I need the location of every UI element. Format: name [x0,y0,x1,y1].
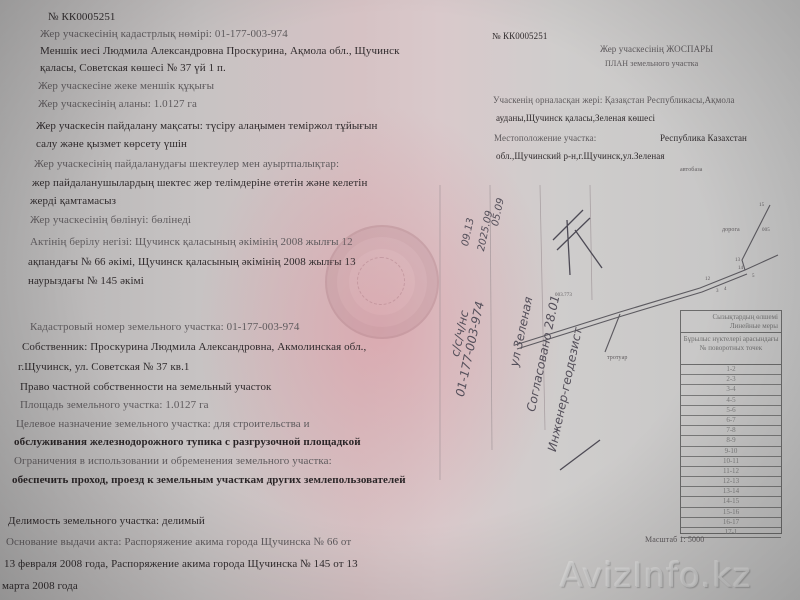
map-point-5: 5 [752,274,755,279]
map-point-14: 14 [738,266,743,271]
map-point-13: 13 [735,258,740,263]
table-row: 10-11 [681,457,781,467]
table-rows: 1-22-33-44-55-66-77-88-99-1010-1111-1212… [681,365,781,538]
table-row: 12-13 [681,477,781,487]
table-row: 1-2 [681,365,781,375]
table-row: 15-16 [681,508,781,518]
table-row: 11-12 [681,467,781,477]
map-point-3: 3 [716,289,719,294]
table-row: 14-15 [681,497,781,507]
map-point-12: 12 [705,277,710,282]
table-row: 2-3 [681,375,781,385]
table-row: 16-17 [681,518,781,528]
table-subheader: Бұрылыс нүктелері арасындағы № поворотны… [681,333,781,365]
table-row: 9-10 [681,447,781,457]
map-point-15: 15 [759,203,764,208]
document-photo: № КК0005251 Жер учаскесінің кадастрлық н… [0,0,800,600]
map-point-4: 4 [724,287,727,292]
table-row: 5-6 [681,406,781,416]
map-label-road: дорога [722,227,740,233]
table-row: 13-14 [681,487,781,497]
scale-label: Масштаб 1: 5000 [645,535,704,544]
table-row: 4-5 [681,396,781,406]
table-row: 7-8 [681,426,781,436]
watermark: AvizInfo.kz [560,556,752,596]
line-measures-table: Сызықтардың өлшемі Линейные меры Бұрылыс… [680,310,782,534]
table-row: 6-7 [681,416,781,426]
table-header: Сызықтардың өлшемі Линейные меры [681,311,781,333]
table-row: 8-9 [681,436,781,446]
map-label-code: 005 [762,228,770,233]
map-label-sidewalk: тротуар [607,355,627,361]
table-row: 3-4 [681,385,781,395]
